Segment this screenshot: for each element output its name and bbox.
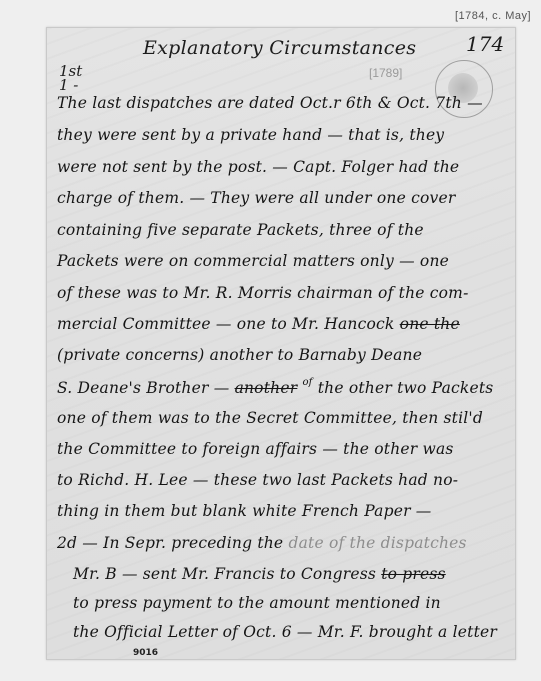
- catalog-number: 9016: [133, 648, 158, 658]
- text-line: they were sent by a private hand — that …: [57, 126, 444, 144]
- struck-text: to press: [381, 565, 446, 583]
- text-line: to press payment to the amount mentioned…: [73, 594, 441, 612]
- struck-text: one the: [400, 315, 460, 333]
- text-line: thing in them but blank white French Pap…: [57, 502, 432, 520]
- struck-text: another: [235, 379, 298, 397]
- text-line: Mr. B — sent Mr. Francis to Congress to …: [73, 565, 446, 583]
- text-line: the Committee to foreign affairs — the o…: [57, 440, 454, 458]
- section-mark-lower: 1 -: [59, 78, 82, 92]
- text-line: mercial Committee — one to Mr. Hancock o…: [57, 315, 460, 333]
- text-line: containing five separate Packets, three …: [57, 221, 424, 239]
- text-line-content: S. Deane's Brother —: [57, 379, 229, 397]
- interlinear-insert: of: [302, 377, 312, 388]
- text-line-content: the other two Packets: [318, 379, 494, 397]
- pencil-date-annotation: [1789]: [369, 66, 402, 80]
- text-line: charge of them. — They were all under on…: [57, 189, 455, 207]
- text-line: 2d — In Sepr. preceding the date of the …: [57, 534, 467, 552]
- text-line: S. Deane's Brother — another of the othe…: [57, 377, 493, 397]
- archive-date-label: [1784, c. May]: [455, 10, 531, 22]
- text-line: one of them was to the Secret Committee,…: [57, 409, 483, 427]
- text-line: the Official Letter of Oct. 6 — Mr. F. b…: [73, 623, 497, 641]
- text-line: to Richd. H. Lee — these two last Packet…: [57, 471, 458, 489]
- faint-text: date of the dispatches: [288, 534, 466, 552]
- text-line: (private concerns) another to Barnaby De…: [57, 346, 422, 364]
- page-title: Explanatory Circumstances: [143, 37, 416, 59]
- text-line: The last dispatches are dated Oct.r 6th …: [57, 94, 483, 112]
- folio-number: 174: [466, 32, 504, 56]
- section-mark: 1st 1 -: [59, 64, 82, 92]
- text-line: were not sent by the post. — Capt. Folge…: [57, 158, 459, 176]
- text-line-content: mercial Committee — one to Mr. Hancock: [57, 315, 395, 333]
- text-line: of these was to Mr. R. Morris chairman o…: [57, 284, 469, 302]
- text-line-content: Mr. B — sent Mr. Francis to Congress: [73, 565, 376, 583]
- text-line-content: 2d — In Sepr. preceding the: [57, 534, 283, 552]
- manuscript-page: Explanatory Circumstances 174 [1789] 1st…: [46, 27, 516, 660]
- text-line: Packets were on commercial matters only …: [57, 252, 449, 270]
